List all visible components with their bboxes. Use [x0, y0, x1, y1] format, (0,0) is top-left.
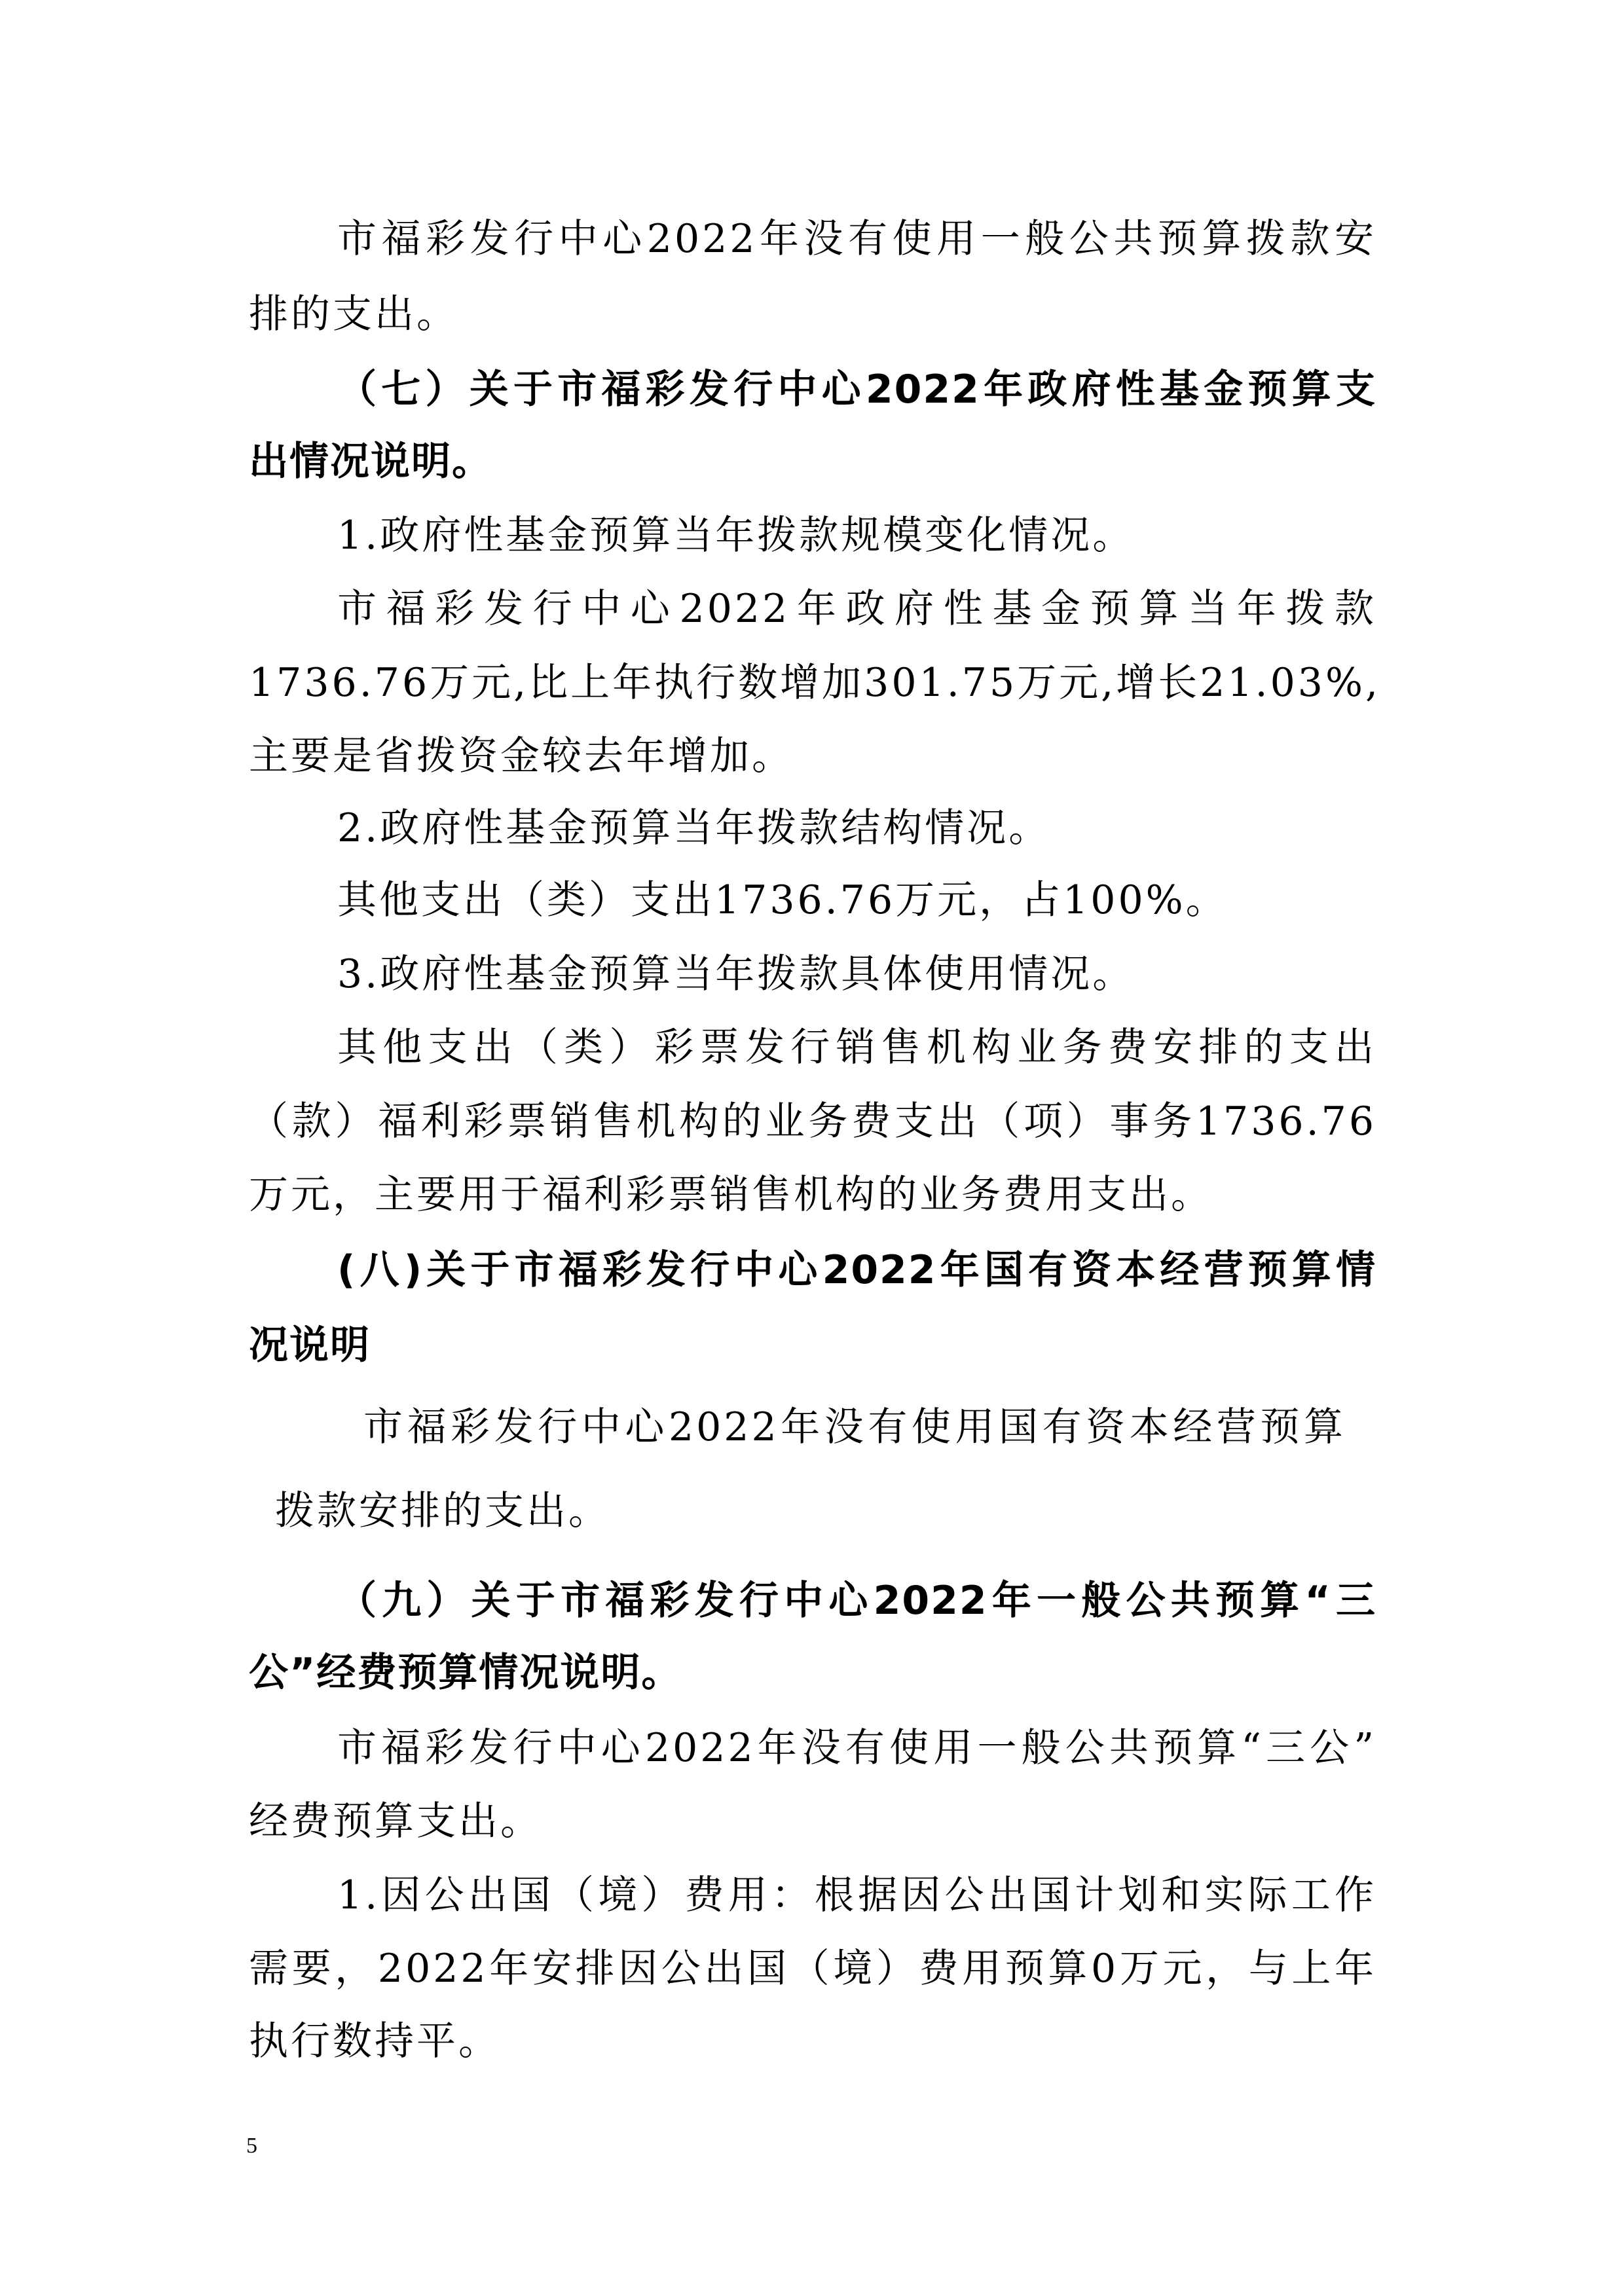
paragraph-line: 主要是省拨资金较去年增加。: [249, 730, 1376, 782]
document-page: 市福彩发行中心2022年没有使用一般公共预算拨款安 排的支出。 （七）关于市福彩…: [0, 0, 1624, 2296]
paragraph-line: 经费预算支出。: [249, 1795, 1376, 1848]
paragraph-line: 市福彩发行中心2022年没有使用一般公共预算“三公”: [337, 1722, 1376, 1774]
paragraph-line: 万元，主要用于福利彩票销售机构的业务费用支出。: [249, 1169, 1376, 1221]
paragraph-line: 市福彩发行中心2022年没有使用国有资本经营预算: [363, 1401, 1346, 1453]
paragraph-line: 执行数持平。: [249, 2015, 1376, 2068]
subheading-line: 2.政府性基金预算当年拨款结构情况。: [337, 802, 1376, 854]
paragraph-line: 市福彩发行中心2022年政府性基金预算当年拨款: [337, 583, 1376, 635]
page-number: 5: [246, 2133, 257, 2159]
paragraph-line: 排的支出。: [249, 288, 1376, 340]
paragraph-line: 拨款安排的支出。: [275, 1485, 1403, 1537]
section-heading-line: (八)关于市福彩发行中心2022年国有资本经营预算情: [337, 1244, 1376, 1296]
section-heading-line: 公”经费预算情况说明。: [249, 1647, 1376, 1699]
section-heading-line: 况说明: [249, 1319, 1376, 1372]
paragraph-line: 其他支出（类）彩票发行销售机构业务费安排的支出: [337, 1021, 1376, 1074]
paragraph-line: 市福彩发行中心2022年没有使用一般公共预算拨款安: [337, 213, 1376, 265]
subheading-line: 1.政府性基金预算当年拨款规模变化情况。: [337, 509, 1376, 562]
section-heading-line: （七）关于市福彩发行中心2022年政府性基金预算支: [337, 363, 1376, 416]
paragraph-line: 其他支出（类）支出1736.76万元，占100%。: [337, 874, 1376, 926]
subheading-line: 3.政府性基金预算当年拨款具体使用情况。: [337, 948, 1376, 1000]
paragraph-line: （款）福利彩票销售机构的业务费支出（项）事务1736.76: [249, 1095, 1376, 1148]
paragraph-line: 需要，2022年安排因公出国（境）费用预算0万元，与上年: [249, 1942, 1376, 1995]
section-heading-line: 出情况说明。: [249, 435, 1376, 488]
section-heading-line: （九）关于市福彩发行中心2022年一般公共预算“三: [337, 1575, 1376, 1627]
paragraph-line: 1736.76万元,比上年执行数增加301.75万元,增长21.03%,: [249, 657, 1376, 709]
paragraph-line: 1.因公出国（境）费用：根据因公出国计划和实际工作: [337, 1869, 1376, 1922]
